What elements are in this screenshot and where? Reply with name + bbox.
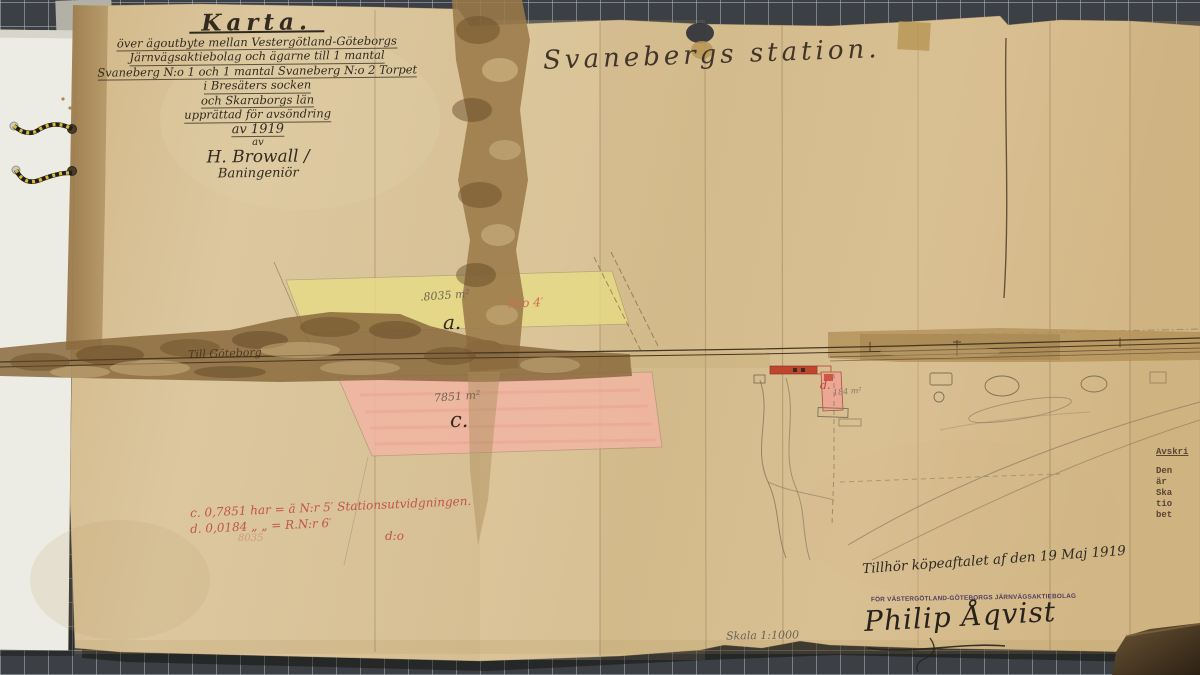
title-block: Karta. över ägoutbyte mellan Vestergötla… (84, 14, 431, 182)
typed-note-line: är (1156, 477, 1200, 488)
parcel-a-letter: a. (443, 310, 461, 334)
parcel-d-letter: d. (820, 379, 831, 392)
typed-note-line: Den (1156, 466, 1200, 477)
parcel-a-red-ref: N:o 4′ (508, 295, 544, 311)
archive-photo-scene: Karta. över ägoutbyte mellan Vestergötla… (0, 0, 1200, 675)
railway-direction-label: Till Göteborg (188, 346, 262, 362)
scale-label: Skala 1:1000 (726, 628, 799, 642)
typed-note-heading: Avskri (1156, 447, 1200, 458)
parcel-c-letter: c. (450, 408, 468, 432)
typed-note: Avskri Den är Ska tio bet (1156, 447, 1200, 521)
map-title: Karta. (189, 15, 324, 33)
typed-note-line: Ska (1156, 488, 1200, 499)
typed-note-line: bet (1156, 510, 1200, 521)
title-line-6: upprättad för avsöndring (184, 107, 331, 123)
title-line-7: av 1919 (232, 122, 284, 137)
red-annotation-faint: 8035 (238, 533, 263, 544)
typed-note-line: tio (1156, 499, 1200, 510)
red-annotation-ditto: d:o (385, 529, 404, 543)
